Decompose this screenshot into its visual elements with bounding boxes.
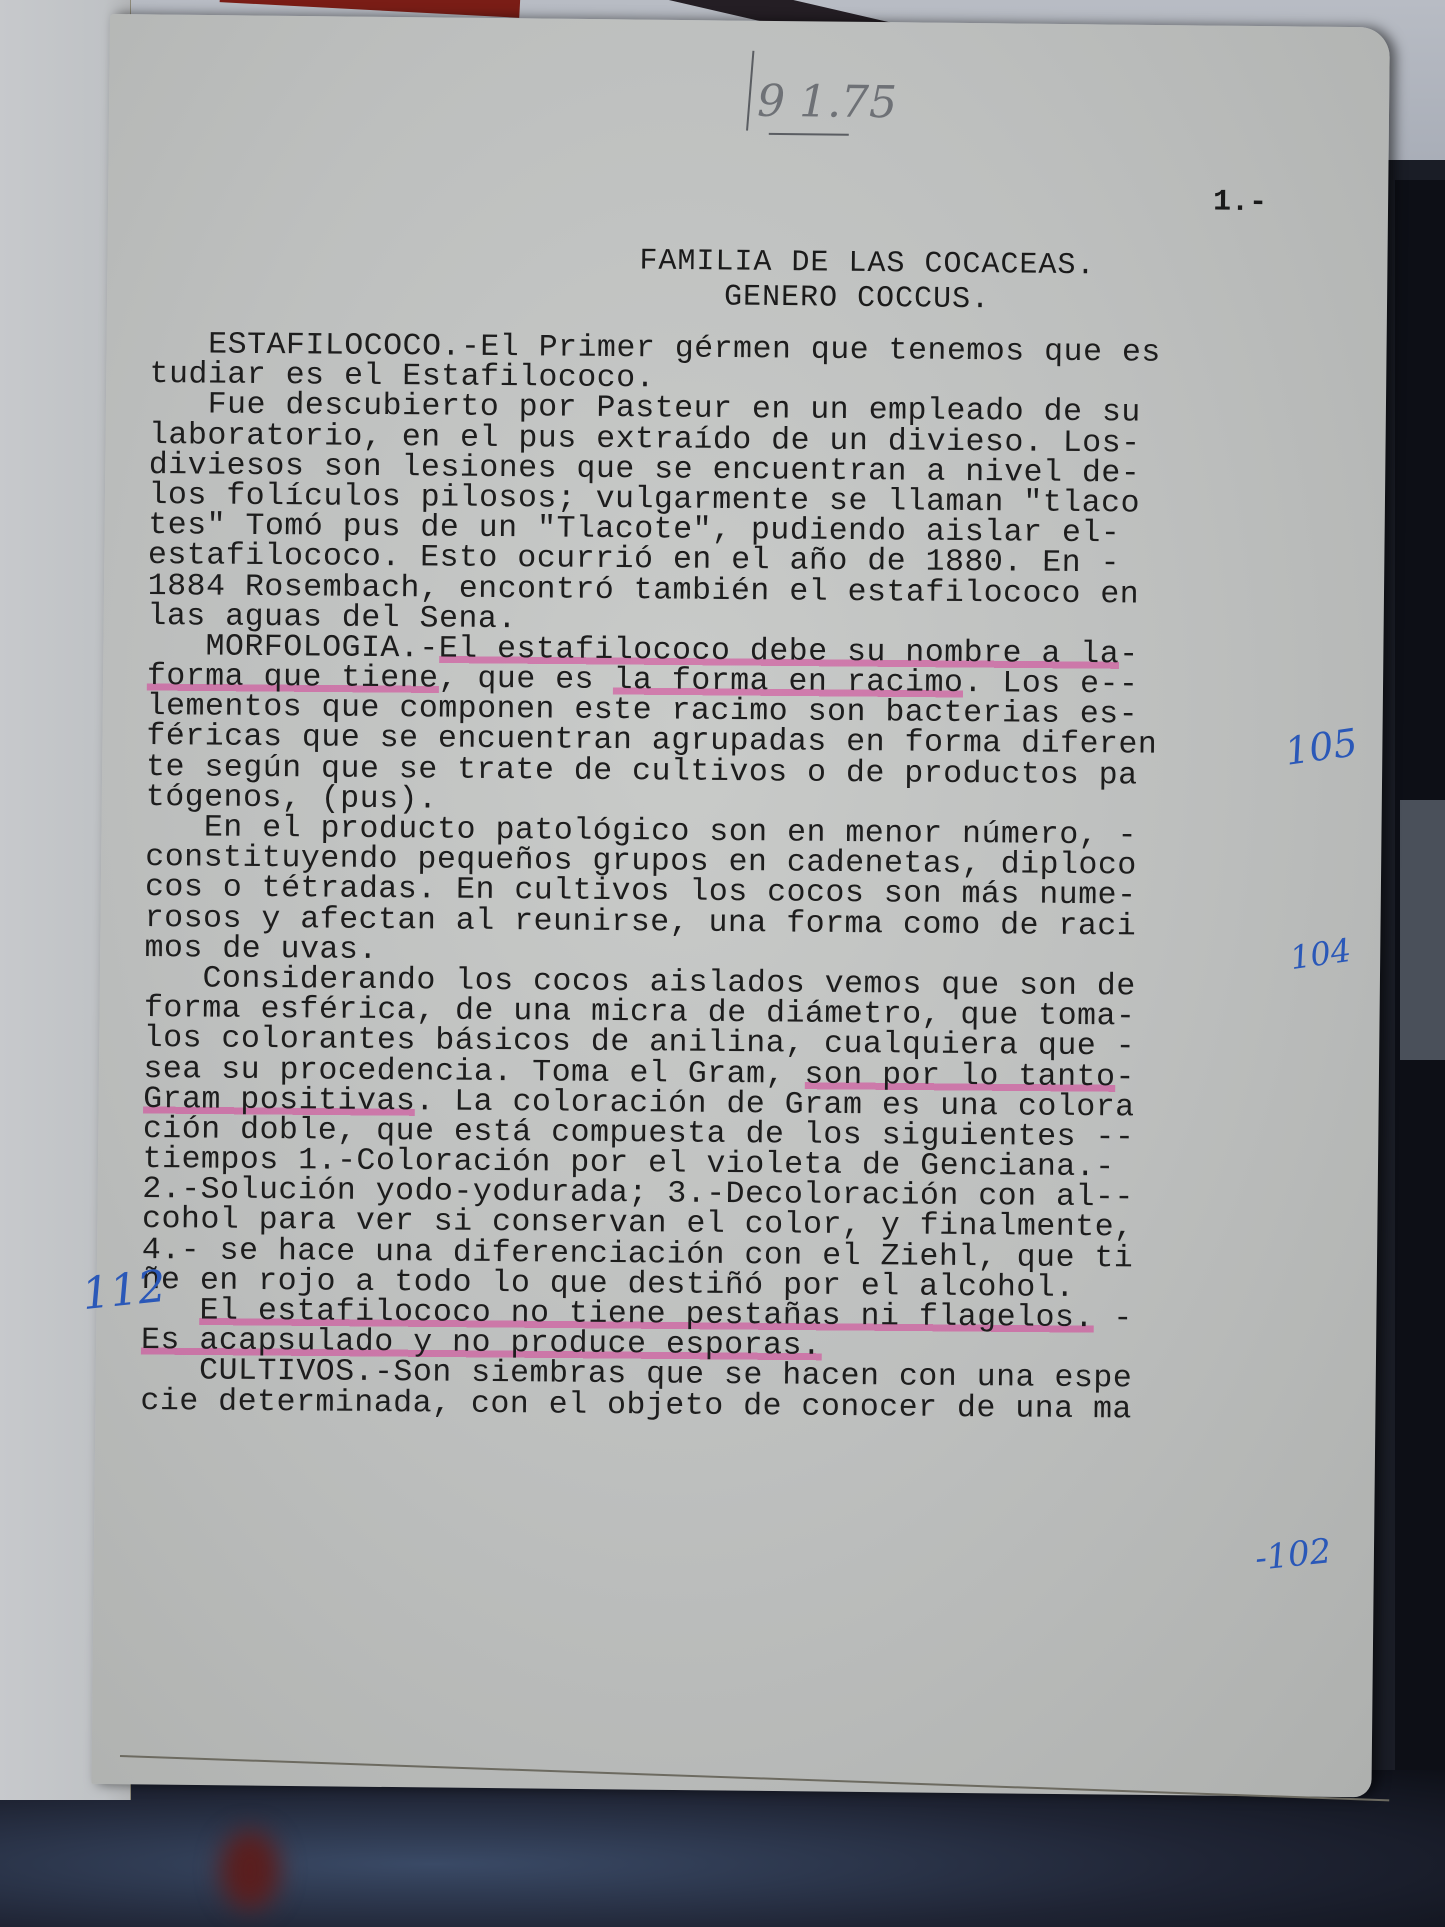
margin-note-102: -102 (1253, 1531, 1333, 1579)
background-fabric-red-spot (220, 1830, 280, 1910)
background-object (1400, 800, 1445, 1060)
margin-note-112: 112 (80, 1261, 169, 1320)
pencil-mark (746, 51, 754, 131)
document-body: ESTAFILOCOCO.-El Primer gérmen que tenem… (140, 330, 1300, 1427)
pencil-underline (769, 133, 849, 136)
page-number: 1.- (1213, 186, 1267, 221)
pencil-note: 9 1.75 (757, 76, 897, 128)
